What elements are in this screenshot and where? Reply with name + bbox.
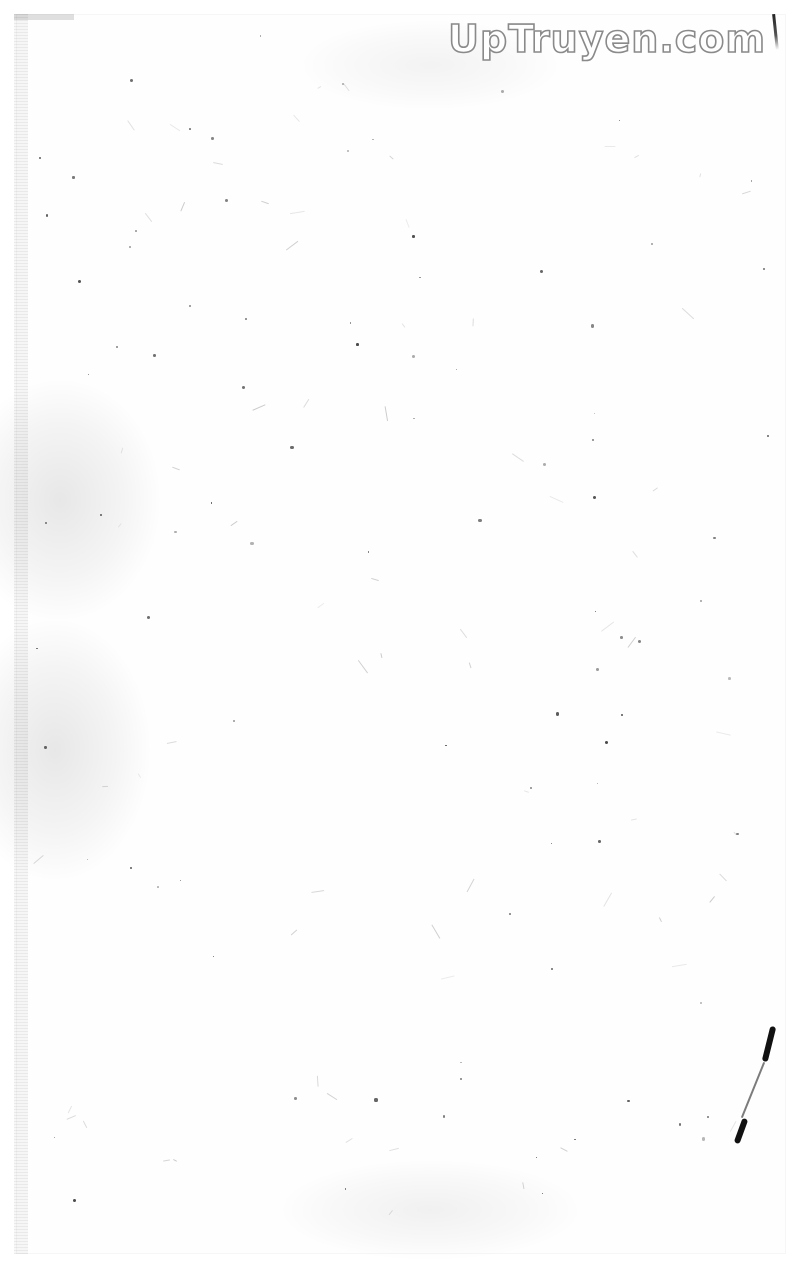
dust-speck xyxy=(456,369,457,370)
dust-speck xyxy=(135,230,137,232)
dust-speck xyxy=(627,1100,630,1103)
dust-speck xyxy=(702,1137,705,1140)
dust-speck xyxy=(596,668,599,671)
dust-speck xyxy=(478,519,481,522)
dust-speck xyxy=(374,1098,377,1101)
dust-speck xyxy=(87,859,88,860)
dust-speck xyxy=(598,840,601,843)
dust-speck xyxy=(445,745,446,746)
dust-speck xyxy=(153,354,156,357)
dust-speck xyxy=(100,514,102,516)
page-top-edge-mark xyxy=(14,14,74,20)
watermark-logo: UpTruyen.com xyxy=(448,20,766,58)
dust-speck xyxy=(129,246,131,248)
dust-speck xyxy=(556,712,559,715)
dust-speck xyxy=(250,542,253,545)
paper-sheet xyxy=(16,14,786,1254)
dust-speck xyxy=(707,1116,709,1118)
dust-speck xyxy=(147,616,150,619)
dust-speck xyxy=(290,446,293,449)
dust-speck xyxy=(501,90,504,93)
paper-smudge xyxy=(280,1160,580,1260)
dust-speck xyxy=(347,150,348,151)
dust-speck xyxy=(728,677,731,680)
dust-speck xyxy=(372,139,374,141)
dust-speck xyxy=(260,35,261,36)
dust-speck xyxy=(72,176,74,178)
dust-speck xyxy=(189,305,190,306)
dust-speck xyxy=(174,531,177,534)
dust-speck xyxy=(551,968,552,969)
dust-speck xyxy=(412,235,414,237)
dust-speck xyxy=(189,128,191,130)
dust-speck xyxy=(591,324,594,327)
dust-speck xyxy=(350,322,351,323)
dust-speck xyxy=(592,439,593,440)
scanned-page: UpTruyen.com xyxy=(0,0,800,1268)
dust-speck xyxy=(157,886,159,888)
dust-speck xyxy=(700,1002,702,1004)
dust-speck xyxy=(245,318,247,320)
dust-speck xyxy=(751,180,753,182)
dust-speck xyxy=(356,343,359,346)
dust-speck xyxy=(530,787,532,789)
dust-speck xyxy=(294,1097,297,1100)
dust-speck xyxy=(620,636,623,639)
dust-speck xyxy=(651,243,653,245)
dust-speck xyxy=(44,746,46,748)
